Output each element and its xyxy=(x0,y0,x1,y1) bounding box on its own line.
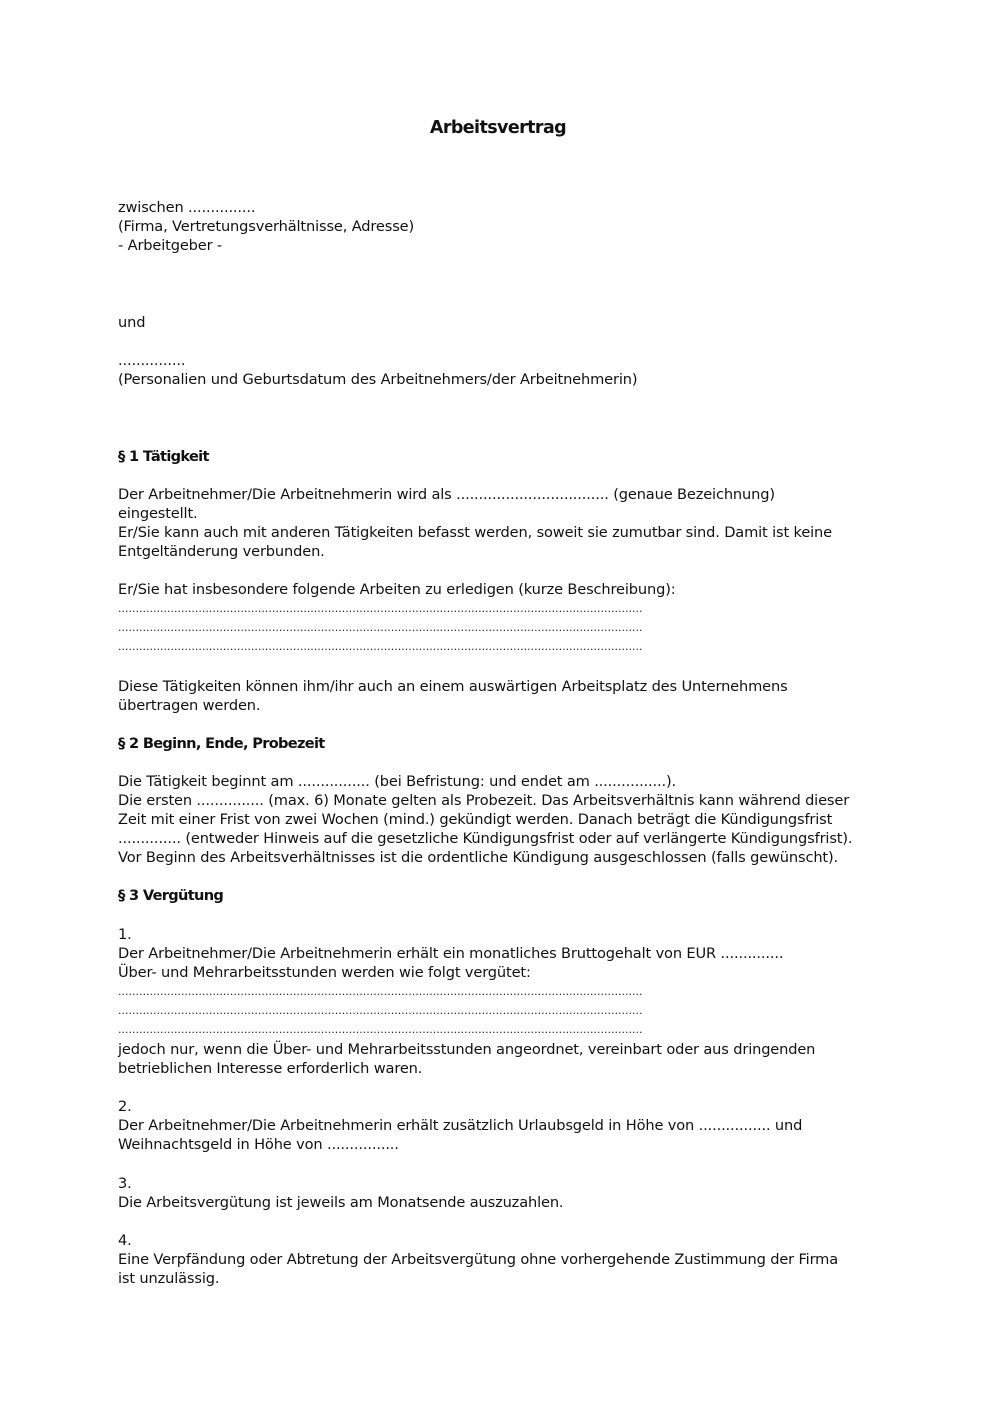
section2-line: Zeit mit einer Frist von zwei Wochen (mi… xyxy=(118,810,832,829)
duties-blank-line: ........................................… xyxy=(118,599,643,618)
item4-line: ist unzulässig. xyxy=(118,1269,219,1288)
item1-tail-line: jedoch nur, wenn die Über- und Mehrarbei… xyxy=(118,1040,815,1059)
section1-line: Der Arbeitnehmer/Die Arbeitnehmerin wird… xyxy=(118,485,775,504)
item4-number: 4. xyxy=(118,1231,132,1250)
and-text: und xyxy=(118,313,145,332)
employer-label: - Arbeitgeber - xyxy=(118,236,222,255)
section1-line: Er/Sie kann auch mit anderen Tätigkeiten… xyxy=(118,523,832,542)
item3-line: Die Arbeitsvergütung ist jeweils am Mona… xyxy=(118,1193,563,1212)
duties-blank-line: ........................................… xyxy=(118,637,643,656)
overtime-blank-line: ........................................… xyxy=(118,1001,643,1020)
section2-line: .............. (entweder Hinweis auf die… xyxy=(118,829,852,848)
section3-heading: § 3 Vergütung xyxy=(118,886,223,905)
section2-line: Die Tätigkeit beginnt am ...............… xyxy=(118,772,676,791)
employee-blank: ............... xyxy=(118,351,185,370)
duties-intro: Er/Sie hat insbesondere folgende Arbeite… xyxy=(118,580,676,599)
section1-heading: § 1 Tätigkeit xyxy=(118,447,209,466)
section1-line: Entgeltänderung verbunden. xyxy=(118,542,325,561)
section2-heading: § 2 Beginn, Ende, Probezeit xyxy=(118,734,325,753)
item4-line: Eine Verpfändung oder Abtretung der Arbe… xyxy=(118,1250,838,1269)
employer-line: zwischen ............... xyxy=(118,198,255,217)
employer-hint: (Firma, Vertretungsverhältnisse, Adresse… xyxy=(118,217,414,236)
item3-number: 3. xyxy=(118,1174,132,1193)
section1-line: eingestellt. xyxy=(118,504,198,523)
item1-line: Der Arbeitnehmer/Die Arbeitnehmerin erhä… xyxy=(118,944,783,963)
item1-line: Über- und Mehrarbeitsstunden werden wie … xyxy=(118,963,531,982)
section2-line: Vor Beginn des Arbeitsverhältnisses ist … xyxy=(118,848,838,867)
item2-line: Weihnachtsgeld in Höhe von .............… xyxy=(118,1135,399,1154)
overtime-blank-line: ........................................… xyxy=(118,982,643,1001)
duties-blank-line: ........................................… xyxy=(118,618,643,637)
remote-line: Diese Tätigkeiten können ihm/ihr auch an… xyxy=(118,677,788,696)
item1-tail-line: betrieblichen Interesse erforderlich war… xyxy=(118,1059,422,1078)
item1-number: 1. xyxy=(118,925,132,944)
section2-line: Die ersten ............... (max. 6) Mona… xyxy=(118,791,849,810)
overtime-blank-line: ........................................… xyxy=(118,1020,643,1039)
item2-line: Der Arbeitnehmer/Die Arbeitnehmerin erhä… xyxy=(118,1116,802,1135)
document-title: Arbeitsvertrag xyxy=(118,118,878,138)
employee-hint: (Personalien und Geburtsdatum des Arbeit… xyxy=(118,370,637,389)
remote-line: übertragen werden. xyxy=(118,696,260,715)
item2-number: 2. xyxy=(118,1097,132,1116)
